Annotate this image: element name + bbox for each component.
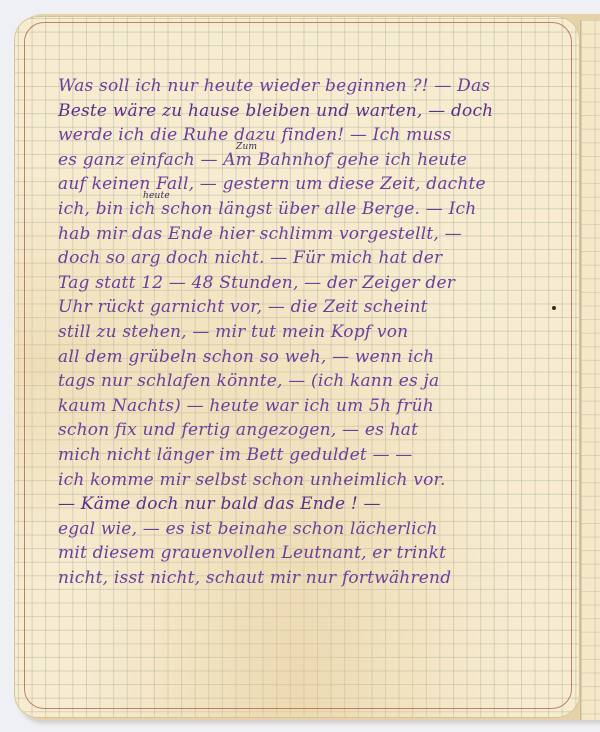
text-line: hab mir das Ende hier schlimm vorgestell… <box>58 222 568 247</box>
text-line: Was soll ich nur heute wieder beginnen ?… <box>58 74 568 99</box>
text-line-with-insertion: Zum es ganz einfach — Am Bahnhof gehe ic… <box>58 148 568 173</box>
text-line: auf keinen Fall, — gestern um diese Zeit… <box>58 172 568 197</box>
text-line: doch so arg doch nicht. — Für mich hat d… <box>58 246 568 271</box>
text-line: kaum Nachts) — heute war ich um 5h früh <box>58 394 568 419</box>
text-line: all dem grübeln schon so weh, — wenn ich <box>58 345 568 370</box>
text-line: still zu stehen, — mir tut mein Kopf von <box>58 320 568 345</box>
text-line: nicht, isst nicht, schaut mir nur fortwä… <box>58 566 568 591</box>
text-line: schon fix und fertig angezogen, — es hat <box>58 418 568 443</box>
text-line-with-insertion: heute ich, bin ich schon längst über all… <box>58 197 568 222</box>
adjacent-page-edge <box>580 20 600 720</box>
text-line: Uhr rückt garnicht vor, — die Zeit schei… <box>58 295 568 320</box>
handwritten-text: Was soll ich nur heute wieder beginnen ?… <box>58 74 568 590</box>
interlinear-insertion: heute <box>143 192 170 201</box>
text-line: mit diesem grauenvollen Leutnant, er tri… <box>58 541 568 566</box>
text-line: — Käme doch nur bald das Ende ! — <box>58 492 568 517</box>
text-line: mich nicht länger im Bett geduldet — — <box>58 443 568 468</box>
interlinear-insertion: Zum <box>236 143 257 152</box>
text-line: ich komme mir selbst schon unheimlich vo… <box>58 468 568 493</box>
text-line: egal wie, — es ist beinahe schon lächerl… <box>58 517 568 542</box>
text-line: werde ich die Ruhe dazu finden! — Ich mu… <box>58 123 568 148</box>
text-line: Beste wäre zu hause bleiben und warten, … <box>58 99 568 124</box>
text-line: Tag statt 12 — 48 Stunden, — der Zeiger … <box>58 271 568 296</box>
text-line: tags nur schlafen könnte, — (ich kann es… <box>58 369 568 394</box>
notebook-page: Was soll ich nur heute wieder beginnen ?… <box>14 16 580 718</box>
